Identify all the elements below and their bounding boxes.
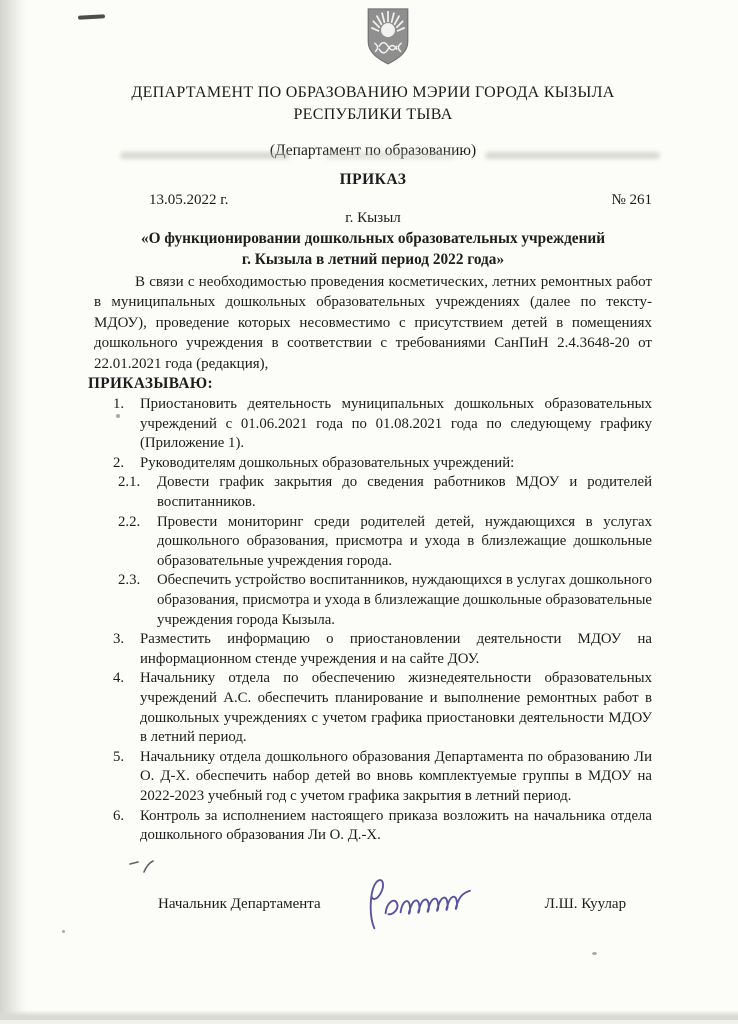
scan-speck	[116, 414, 120, 418]
item-text: Провести мониторинг среди родителей дете…	[157, 513, 652, 572]
item-number: 2.3.	[118, 571, 157, 630]
item-number: 6.	[113, 807, 140, 846]
item-text: Довести график закрытия до сведения рабо…	[157, 473, 652, 512]
document-title: «О функционировании дошкольных образоват…	[94, 228, 652, 270]
scan-artifact-bleedthrough	[120, 152, 660, 161]
order-item: 6. Контроль за исполнением настоящего пр…	[94, 807, 652, 846]
document-city: г. Кызыл	[94, 210, 652, 227]
item-text: Обеспечить устройство воспитанников, нуж…	[157, 571, 652, 630]
scan-artifact-pen-mark	[128, 858, 154, 874]
item-text: Приостановить деятельность муниципальных…	[140, 395, 652, 454]
item-number: 2.	[113, 454, 140, 474]
order-subitem: 2.1. Довести график закрытия до сведения…	[94, 473, 652, 512]
order-item: 1. Приостановить деятельность муниципаль…	[94, 395, 652, 454]
item-text: Разместить информацию о приостановлении …	[140, 630, 652, 669]
order-item: 4. Начальнику отдела по обеспечению жизн…	[94, 669, 652, 747]
scanner-edge-left	[0, 0, 26, 1024]
date-number-row: 13.05.2022 г. № 261	[94, 192, 652, 209]
handwritten-signature-icon	[359, 872, 519, 937]
signer-position: Начальник Департамента	[158, 896, 321, 913]
item-text: Руководителям дошкольных образовательных…	[140, 454, 652, 474]
scan-speck	[592, 952, 597, 955]
order-item: 3. Разместить информацию о приостановлен…	[94, 630, 652, 669]
intro-paragraph: В связи с необходимостью проведения косм…	[94, 272, 652, 374]
item-text: Контроль за исполнением настоящего прика…	[140, 807, 652, 846]
document-type: ПРИКАЗ	[94, 171, 652, 189]
signature-block: Начальник Департамента Л.Ш. Куулар	[94, 872, 652, 937]
item-number: 5.	[113, 748, 140, 807]
item-number: 3.	[113, 630, 140, 669]
kyzyl-coat-of-arms-icon	[366, 6, 410, 66]
order-keyword: ПРИКАЗЫВАЮ:	[88, 375, 652, 393]
document-title-line2: г. Кызыла в летний период 2022 года»	[242, 251, 504, 268]
document-content: ДЕПАРТАМЕНТ ПО ОБРАЗОВАНИЮ МЭРИИ ГОРОДА …	[94, 0, 652, 937]
order-items-list: 1. Приостановить деятельность муниципаль…	[94, 395, 652, 846]
scanner-edge-bottom	[0, 1010, 738, 1024]
item-number: 1.	[113, 395, 140, 454]
item-text: Начальнику отдела по обеспечению жизнеде…	[140, 669, 652, 747]
order-item: 5. Начальнику отдела дошкольного образов…	[94, 748, 652, 807]
document-date: 13.05.2022 г.	[149, 192, 228, 209]
item-number: 2.1.	[118, 473, 157, 512]
item-number: 2.2.	[118, 513, 157, 572]
item-number: 4.	[113, 669, 140, 747]
org-name-line2: РЕСПУБЛИКИ ТЫВА	[94, 104, 652, 126]
scan-speck	[62, 930, 65, 933]
scanned-order-page: ДЕПАРТАМЕНТ ПО ОБРАЗОВАНИЮ МЭРИИ ГОРОДА …	[0, 0, 738, 1024]
order-subitem: 2.2. Провести мониторинг среди родителей…	[94, 513, 652, 572]
item-text: Начальнику отдела дошкольного образовани…	[140, 748, 652, 807]
signer-name: Л.Ш. Куулар	[545, 896, 626, 913]
document-title-line1: «О функционировании дошкольных образоват…	[141, 230, 605, 247]
order-subitem: 2.3. Обеспечить устройство воспитанников…	[94, 571, 652, 630]
org-name-line1: ДЕПАРТАМЕНТ ПО ОБРАЗОВАНИЮ МЭРИИ ГОРОДА …	[94, 82, 652, 104]
document-number: № 261	[611, 192, 652, 209]
order-item: 2. Руководителям дошкольных образователь…	[94, 454, 652, 474]
